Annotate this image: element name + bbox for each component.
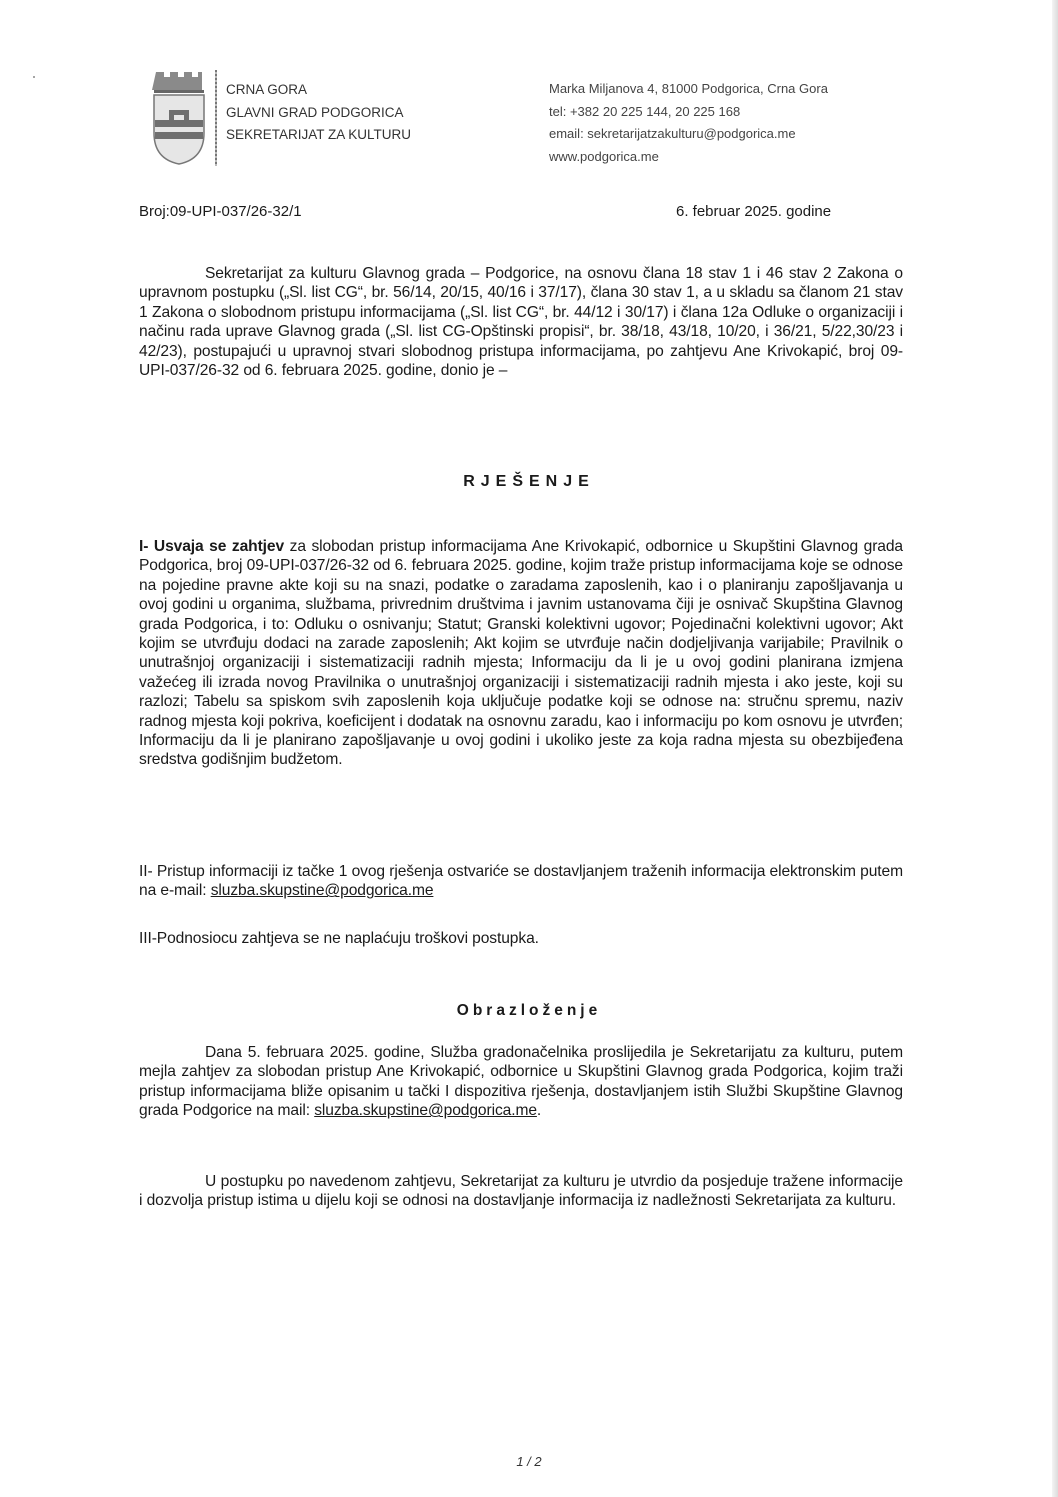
item-1-text: za slobodan pristup informacijama Ane Kr… [139, 538, 903, 768]
reasoning-paragraph-1: Dana 5. februara 2025. godine, Služba gr… [139, 1043, 903, 1121]
reasoning-paragraph-2: U postupku po navedenom zahtjevu, Sekret… [139, 1172, 903, 1211]
item-1-prefix: I- [139, 538, 154, 555]
organization-name: CRNA GORA GLAVNI GRAD PODGORICA SEKRETAR… [226, 79, 411, 147]
decision-item-1: I- Usvaja se zahtjev za slobodan pristup… [139, 537, 903, 770]
coat-of-arms-icon [150, 68, 208, 166]
email: email: sekretarijatzakulturu@podgorica.m… [549, 123, 828, 146]
document-date: 6. februar 2025. godine [676, 203, 831, 220]
address: Marka Miljanova 4, 81000 Podgorica, Crna… [549, 78, 828, 101]
preamble: Sekretarijat za kulturu Glavnog grada – … [139, 264, 903, 380]
email-link[interactable]: sluzba.skupstine@podgorica.me [211, 882, 434, 899]
page-edge [1052, 0, 1058, 1497]
org-line: GLAVNI GRAD PODGORICA [226, 102, 411, 125]
org-line: CRNA GORA [226, 79, 411, 102]
page-number: 1 / 2 [0, 1454, 1058, 1469]
decision-item-2: II- Pristup informaciji iz tačke 1 ovog … [139, 862, 903, 901]
reasoning-1-end: . [537, 1102, 541, 1119]
letterhead-divider [215, 70, 217, 166]
item-1-bold: Usvaja se zahtjev [154, 538, 284, 555]
website: www.podgorica.me [549, 146, 828, 169]
reference-number: Broj:09-UPI-037/26-32/1 [139, 203, 302, 220]
phone: tel: +382 20 225 144, 20 225 168 [549, 101, 828, 124]
scan-speck [33, 76, 35, 78]
org-line: SEKRETARIJAT ZA KULTURU [226, 124, 411, 147]
decision-heading: RJEŠENJE [0, 473, 1058, 491]
contact-block: Marka Miljanova 4, 81000 Podgorica, Crna… [549, 78, 828, 168]
reasoning-heading: Obrazloženje [0, 1002, 1058, 1020]
email-link[interactable]: sluzba.skupstine@podgorica.me [314, 1102, 537, 1119]
decision-item-3: III-Podnosiocu zahtjeva se ne naplaćuju … [139, 929, 903, 948]
